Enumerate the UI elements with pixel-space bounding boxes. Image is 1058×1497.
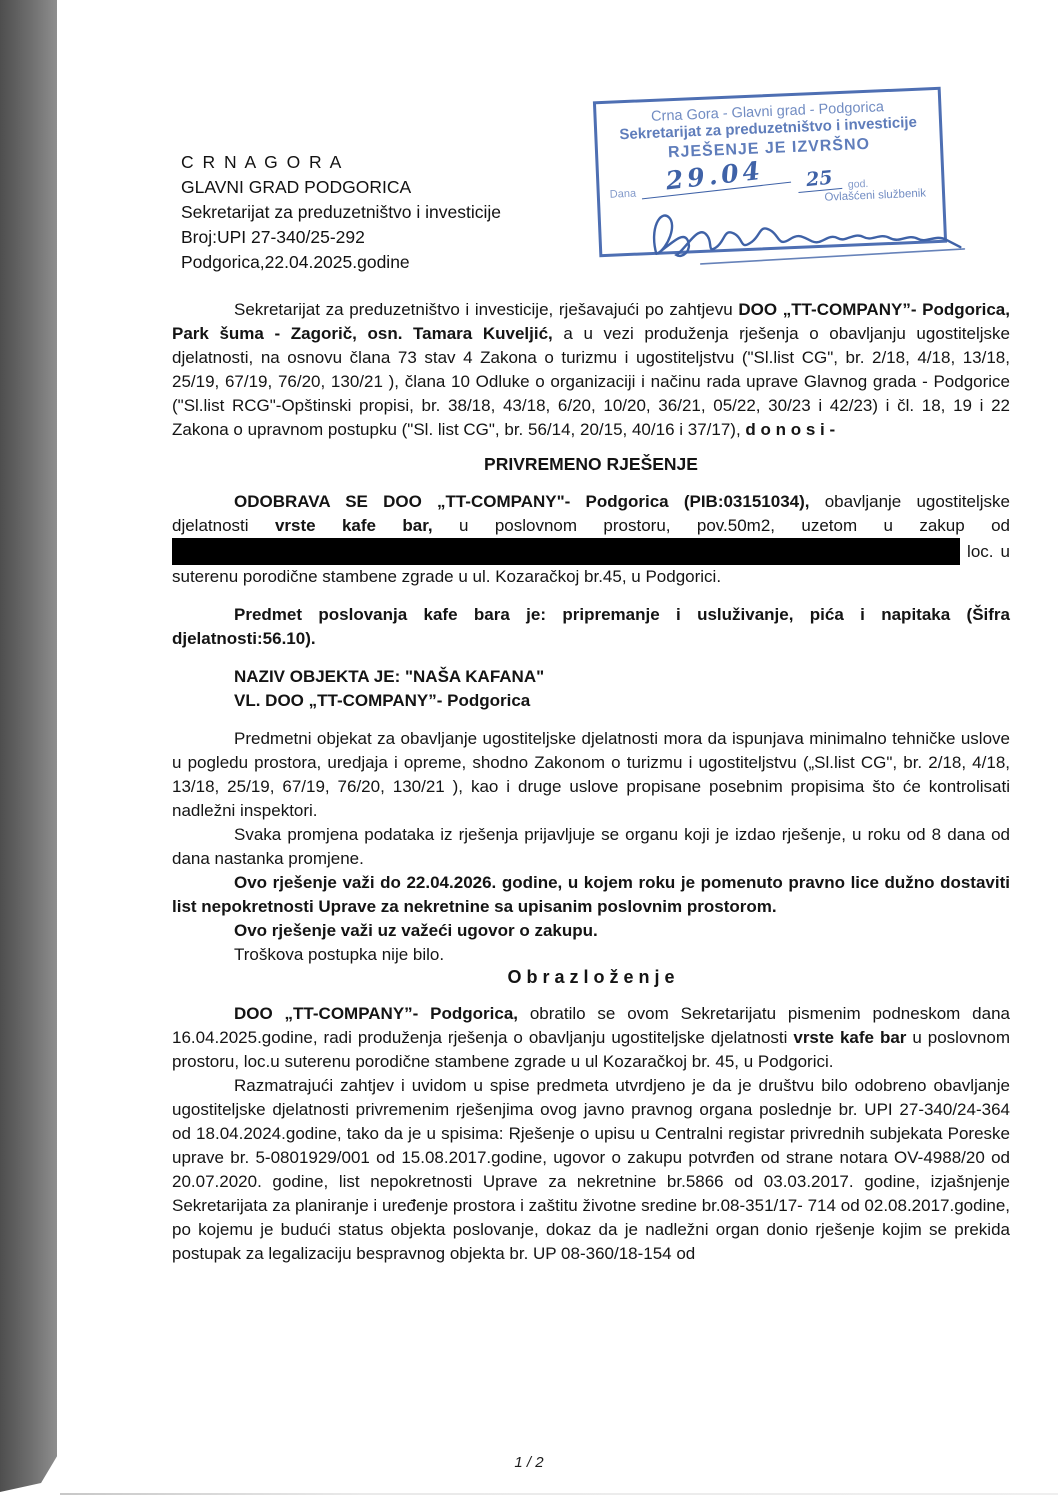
letterhead-city: GLAVNI GRAD PODGORICA (181, 175, 501, 200)
paragraph-technical-conditions: Predmetni objekat za obavljanje ugostite… (172, 727, 1010, 823)
paragraph-change-notice: Svaka promjena podataka iz rješenja prij… (172, 823, 1010, 871)
paragraph-costs: Troškova postupka nije bilo. (172, 943, 1010, 967)
letterhead: C R N A G O R A GLAVNI GRAD PODGORICA Se… (181, 150, 501, 275)
letterhead-ref-number: Broj:UPI 27-340/25-292 (181, 225, 501, 250)
paragraph-intro: Sekretarijat za preduzetništvo i investi… (172, 298, 1010, 442)
paragraph-approval: ODOBRAVA SE DOO „TT-COMPANY"- Podgorica … (172, 490, 1010, 589)
paragraph-review: Razmatrajući zahtjev i uvidom u spise pr… (172, 1074, 1010, 1266)
scan-bottom-edge (60, 1493, 1058, 1495)
letterhead-date: Podgorica,22.04.2025.godine (181, 250, 501, 275)
stamp-year-handwritten: 25 (797, 166, 843, 193)
scan-edge-band (0, 0, 57, 1492)
letterhead-department: Sekretarijat za preduzetništvo i investi… (181, 200, 501, 225)
object-name-line: NAZIV OBJEKTA JE: "NAŠA KAFANA" (172, 665, 1010, 689)
document-body: Sekretarijat za preduzetništvo i investi… (172, 298, 1010, 1266)
paragraph-validity: Ovo rješenje važi do 22.04.2026. godine,… (172, 871, 1010, 919)
paragraph-lease-validity: Ovo rješenje važi uz važeći ugovor o zak… (172, 919, 1010, 943)
stamp-date-label: Dana (610, 188, 637, 205)
executive-stamp: Crna Gora - Glavni grad - Podgorica Sekr… (593, 87, 947, 257)
object-owner-line: VL. DOO „TT-COMPANY”- Podgorica (172, 689, 1010, 713)
signature (640, 189, 973, 275)
document-page: C R N A G O R A GLAVNI GRAD PODGORICA Se… (0, 0, 1058, 1497)
letterhead-country: C R N A G O R A (181, 150, 501, 175)
redaction-bar (172, 538, 960, 565)
decision-heading: PRIVREMENO RJEŠENJE (172, 454, 1010, 475)
paragraph-request: DOO „TT-COMPANY”- Podgorica, obratilo se… (172, 1002, 1010, 1074)
rationale-heading: O b r a z l o ž e n j e (172, 967, 1010, 988)
page-number: 1 / 2 (0, 1454, 1058, 1471)
object-name-block: NAZIV OBJEKTA JE: "NAŠA KAFANA" VL. DOO … (172, 665, 1010, 713)
paragraph-business-subject: Predmet poslovanja kafe bara je: priprem… (172, 603, 1010, 651)
